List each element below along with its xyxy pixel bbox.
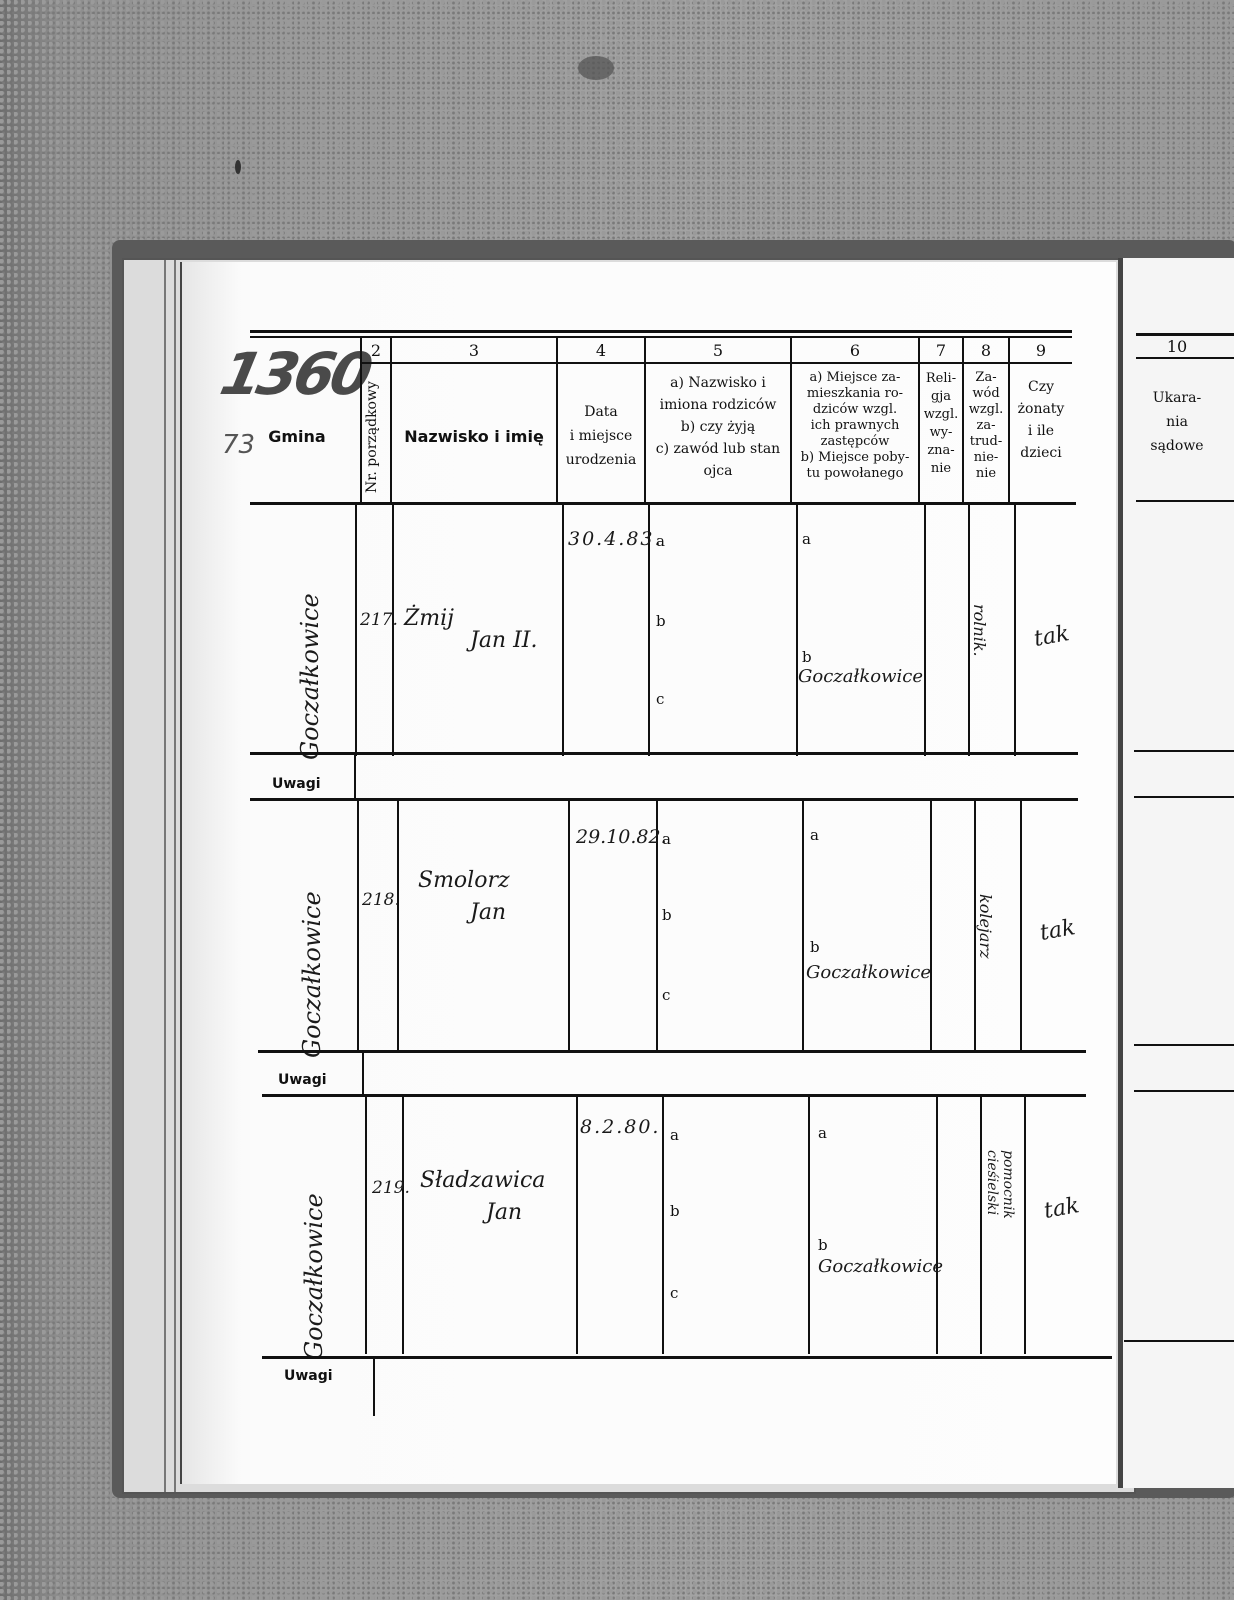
remarks-label: Uwagi <box>272 776 321 792</box>
col-header-married: Czy żonaty i ile dzieci <box>1010 376 1072 464</box>
label-line: trud- <box>964 434 1008 450</box>
label-line: imiona rodziców <box>646 394 790 416</box>
label-line: urodzenia <box>558 448 644 472</box>
remarks-divider <box>373 1358 375 1416</box>
sub-a: a <box>670 1126 679 1144</box>
sub-b: b <box>810 938 820 956</box>
col-number-3: 3 <box>392 342 556 359</box>
entry-birth-date: 30.4.83. <box>568 528 663 550</box>
col-header-parents: a) Nazwisko i imiona rodziców b) czy żyj… <box>646 372 790 482</box>
entry-nr: 219. <box>372 1178 410 1198</box>
entry-nr: 218. <box>362 890 400 910</box>
row-divider <box>930 800 932 1052</box>
sub-c: c <box>662 986 670 1004</box>
col-header-occupation: Za- wód wzgl. za- trud- nie- nie <box>964 370 1008 482</box>
row-divider <box>562 504 564 756</box>
col-header-name: Nazwisko i imię <box>392 428 556 445</box>
label-line: b) Miejsce poby- <box>792 450 918 466</box>
col-divider <box>360 336 362 504</box>
remarks-divider <box>362 1052 364 1096</box>
row-divider <box>576 1096 578 1354</box>
entry-given-name: Jan <box>470 900 506 925</box>
row-rule <box>262 1094 1086 1097</box>
label-line: tu powołanego <box>792 466 918 482</box>
entry-occupation: pomocnik cieśielski <box>984 1150 1016 1280</box>
row-divider <box>802 800 804 1052</box>
sub-a: a <box>802 530 811 548</box>
row-divider <box>357 800 359 1052</box>
col-header-residence: a) Miejsce za- mieszkania ro- dziców wzg… <box>792 370 918 482</box>
pencil-number: 73 <box>222 430 255 460</box>
entry-surname: Sładzawica <box>420 1168 545 1193</box>
row-divider <box>1020 800 1022 1052</box>
entry-residence-b: Goczałkowice <box>806 962 931 983</box>
label-line: Data <box>558 400 644 424</box>
sub-c: c <box>670 1284 678 1302</box>
entry-residence-b: Goczałkowice <box>798 666 923 687</box>
col-divider <box>390 336 392 504</box>
label-line: Czy <box>1010 376 1072 398</box>
label-line: wód <box>964 386 1008 402</box>
col-number-2: 2 <box>364 342 388 359</box>
label-line: a) Nazwisko i <box>646 372 790 394</box>
label-line: żonaty <box>1010 398 1072 420</box>
sub-a: a <box>810 826 819 844</box>
label-line: sądowe <box>1140 434 1214 458</box>
label-line: za- <box>964 418 1008 434</box>
entry-given-name: Jan II. <box>470 628 537 653</box>
row-divider <box>808 1096 810 1354</box>
ink-spot <box>235 160 241 174</box>
row-rule <box>262 1356 1112 1359</box>
label-line: nia <box>1140 410 1214 434</box>
label-line: wy- <box>920 424 962 442</box>
entry-birth-date: 29.10.82. <box>576 826 667 848</box>
entry-gmina: Goczałkowice <box>298 838 326 1058</box>
header-top-rule <box>250 330 1072 333</box>
remarks-divider <box>354 754 356 800</box>
entry-residence-b: Goczałkowice <box>818 1256 943 1277</box>
sub-b: b <box>670 1202 680 1220</box>
right-row-rule <box>1134 796 1234 798</box>
label-line: Za- <box>964 370 1008 386</box>
col-header-gmina: Gmina <box>262 428 332 445</box>
label-line: c) zawód lub stan <box>646 438 790 460</box>
entry-nr: 217. <box>360 610 398 630</box>
row-divider <box>365 1096 367 1354</box>
label-line: Ukara- <box>1140 386 1214 410</box>
row-divider <box>980 1096 982 1354</box>
label-line: a) Miejsce za- <box>792 370 918 386</box>
label-line: dzieci <box>1010 442 1072 464</box>
label-line: i ile <box>1010 420 1072 442</box>
sub-b: b <box>656 612 666 630</box>
row-rule <box>250 752 1078 755</box>
col-number-5: 5 <box>646 342 790 359</box>
sub-b: b <box>818 1236 828 1254</box>
entry-surname: Smolorz <box>418 868 510 893</box>
row-divider <box>355 504 357 756</box>
col-header-birth: Data i miejsce urodzenia <box>558 400 644 472</box>
col-header-religion: Reli- gja wzgl. wy- zna- nie <box>920 370 962 478</box>
right-row-rule <box>1134 1090 1234 1092</box>
col-number-8: 8 <box>964 342 1008 359</box>
row-divider <box>936 1096 938 1354</box>
label-line: nie <box>964 466 1008 482</box>
row-divider <box>662 1096 664 1354</box>
header-bottom-rule <box>250 502 1076 505</box>
label-line: i miejsce <box>558 424 644 448</box>
entry-occupation: kolejarz <box>976 894 995 959</box>
label-line: ich prawnych <box>792 418 918 434</box>
entry-occupation: rolnik. <box>970 604 989 657</box>
col-header-nr: Nr. porządkowy <box>364 372 380 502</box>
col-number-7: 7 <box>920 342 962 359</box>
row-rule <box>250 798 1078 801</box>
sub-a: a <box>662 830 671 848</box>
row-divider <box>924 504 926 756</box>
row-divider <box>796 504 798 756</box>
right-row-rule <box>1124 1340 1234 1342</box>
label-line: b) czy żyją <box>646 416 790 438</box>
entry-birth-date: 8.2.80. <box>580 1116 660 1138</box>
header-top-rule-2 <box>250 336 1072 338</box>
row-divider <box>1014 504 1016 756</box>
right-row-rule <box>1134 750 1234 752</box>
right-row-rule <box>1134 1044 1234 1046</box>
label-line: wzgl. <box>920 406 962 424</box>
row-divider <box>397 800 399 1052</box>
sub-a: a <box>818 1124 827 1142</box>
label-line: zastępców <box>792 434 918 450</box>
label-line: nie <box>920 460 962 478</box>
label-line: nie- <box>964 450 1008 466</box>
sub-a: a <box>656 532 665 550</box>
label-line: zna- <box>920 442 962 460</box>
label-line: dziców wzgl. <box>792 402 918 418</box>
entry-gmina: Goczałkowice <box>300 1130 328 1360</box>
col-number-4: 4 <box>558 342 644 359</box>
entry-gmina: Goczałkowice <box>296 540 324 760</box>
row-divider <box>402 1096 404 1354</box>
entry-surname: Żmij <box>404 606 454 631</box>
entry-given-name: Jan <box>486 1200 522 1225</box>
label-line: ojca <box>646 460 790 482</box>
col-number-10: 10 <box>1140 338 1214 355</box>
sub-b: b <box>802 648 812 666</box>
right-header-number-rule <box>1136 357 1234 359</box>
row-divider <box>1024 1096 1026 1354</box>
col-header-sentences: Ukara- nia sądowe <box>1140 386 1214 458</box>
sub-c: c <box>656 690 664 708</box>
label-line: wzgl. <box>964 402 1008 418</box>
row-divider <box>392 504 394 756</box>
crayon-page-number: 1360 <box>215 340 375 408</box>
col-number-9: 9 <box>1010 342 1072 359</box>
col-number-6: 6 <box>792 342 918 359</box>
ink-smudge <box>578 56 614 80</box>
label-line: gja <box>920 388 962 406</box>
remarks-label: Uwagi <box>278 1072 327 1088</box>
label-line: mieszkania ro- <box>792 386 918 402</box>
right-header-bottom-rule <box>1136 500 1234 502</box>
row-rule <box>258 1050 1086 1053</box>
header-number-rule <box>360 362 1072 364</box>
label-line: Reli- <box>920 370 962 388</box>
row-divider <box>568 800 570 1052</box>
remarks-label: Uwagi <box>284 1368 333 1384</box>
right-header-top-rule <box>1136 333 1234 336</box>
sub-b: b <box>662 906 672 924</box>
